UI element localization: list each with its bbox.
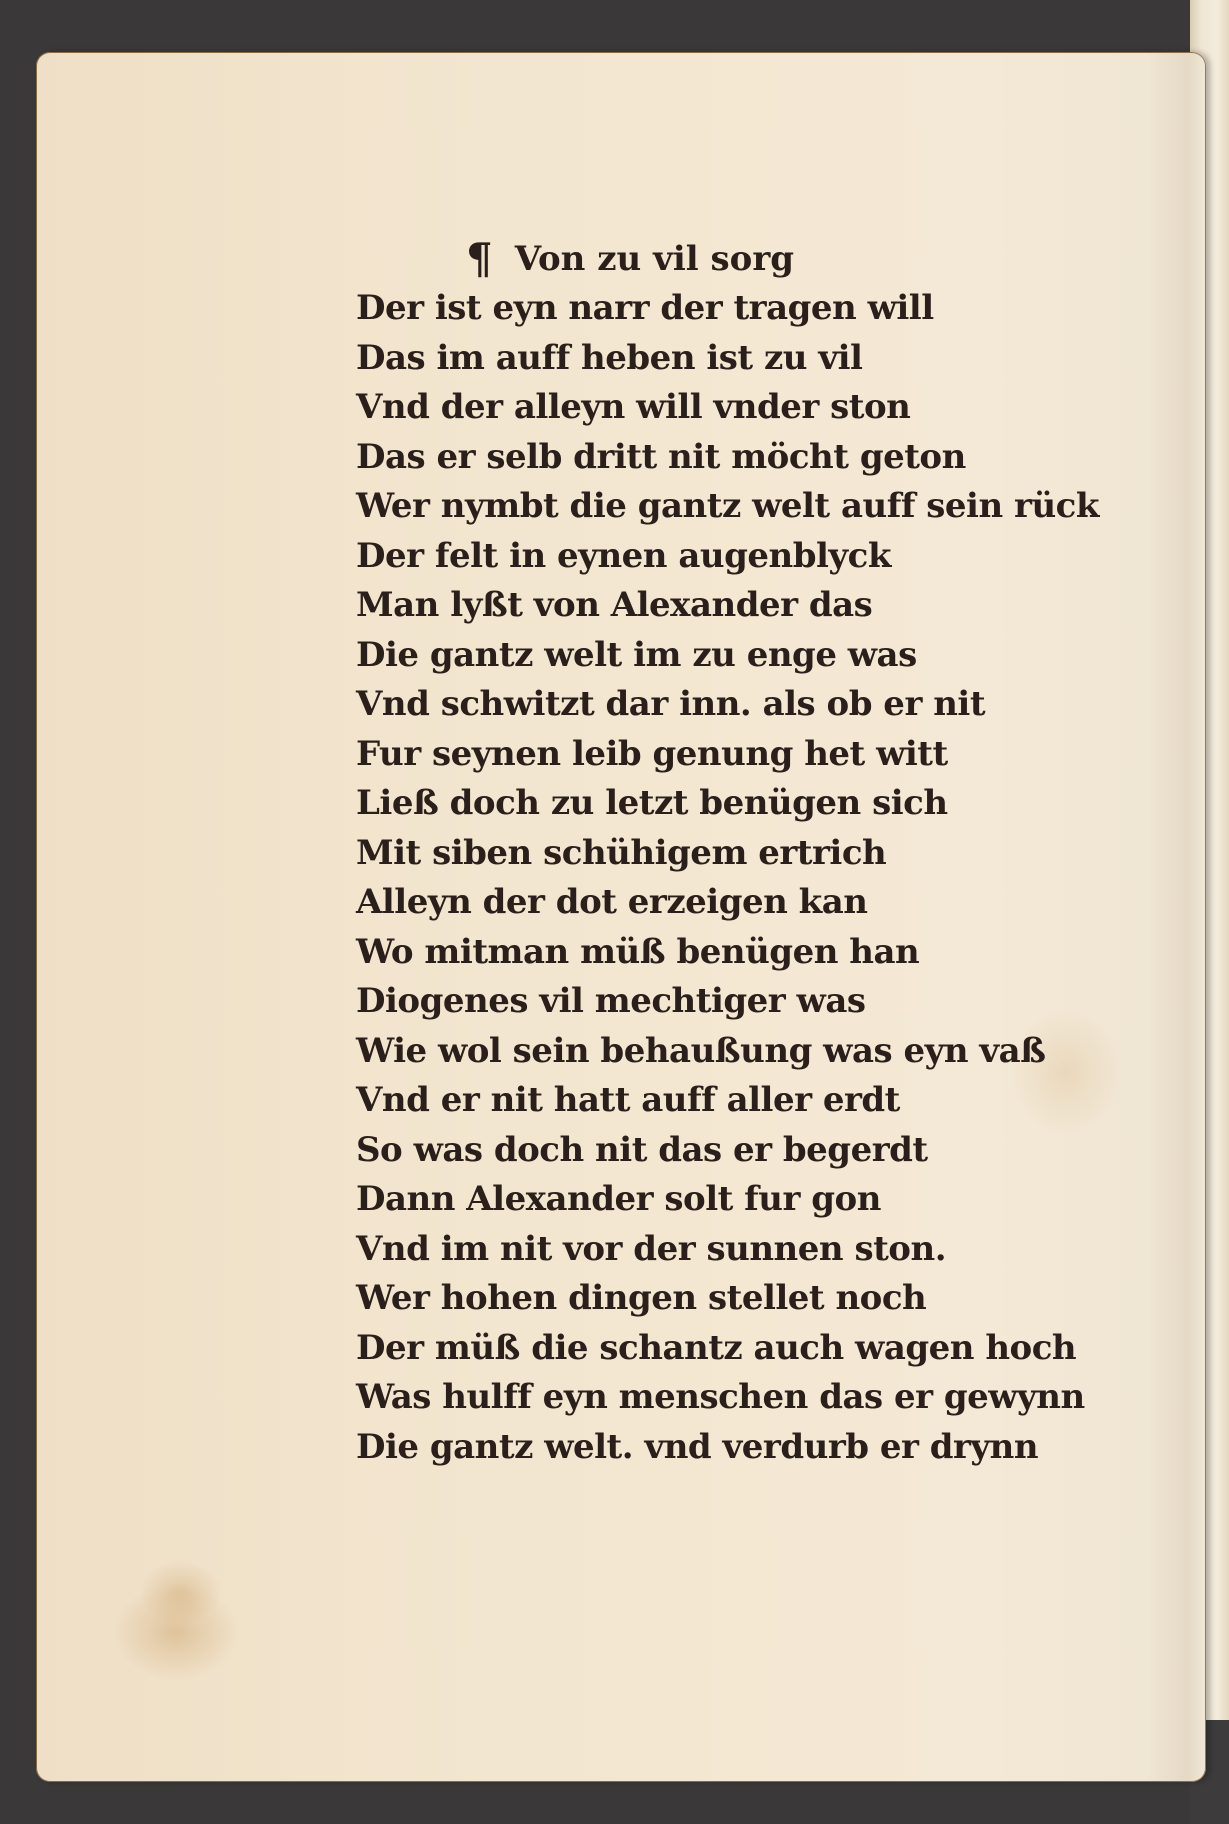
verse-line: So was doch nit das er begerdt [356,1126,1156,1176]
verse-line: Wer nymbt die gantz welt auff sein rück [356,482,1156,532]
verse-line: Alleyn der dot erzeigen kan [356,878,1156,928]
verse-line: Wo mitman müß benügen han [356,928,1156,978]
verse-line: Das er selb dritt nit möcht geton [356,433,1156,483]
poem-text-block: ¶Von zu vil sorg Der ist eyn narr der tr… [356,234,1156,1472]
verse-line: Das im auff heben ist zu vil [356,334,1156,384]
verse-line: Man lyßt von Alexander das [356,581,1156,631]
verse-line: Mit siben schühigem ertrich [356,829,1156,879]
pilcrow-icon: ¶ [466,234,493,284]
verse-line: Wer hohen dingen stellet noch [356,1274,1156,1324]
verse-line: Der müß die schantz auch wagen hoch [356,1324,1156,1374]
verse-line: Was hulff eyn menschen das er gewynn [356,1373,1156,1423]
book-page: ¶Von zu vil sorg Der ist eyn narr der tr… [36,52,1206,1782]
verse-line: Fur seynen leib genung het witt [356,730,1156,780]
verse-line: Die gantz welt. vnd verdurb er drynn [356,1423,1156,1473]
verse-line: Wie wol sein behaußung was eyn vaß [356,1027,1156,1077]
verse-line: Vnd im nit vor der sunnen ston. [356,1225,1156,1275]
verse-line: Vnd er nit hatt auff aller erdt [356,1076,1156,1126]
verse-line: Dann Alexander solt fur gon [356,1175,1156,1225]
verse-line: Vnd der alleyn will vnder ston [356,383,1156,433]
verse-line: Die gantz welt im zu enge was [356,631,1156,681]
heading-title: Von zu vil sorg [515,239,794,279]
verse-line: Ließ doch zu letzt benügen sich [356,779,1156,829]
verse-line: Der ist eyn narr der tragen will [356,284,1156,334]
chapter-heading: ¶Von zu vil sorg [356,234,1156,284]
verse-line: Vnd schwitzt dar inn. als ob er nit [356,680,1156,730]
verse-line: Der felt in eynen augenblyck [356,532,1156,582]
verse-line: Diogenes vil mechtiger was [356,977,1156,1027]
